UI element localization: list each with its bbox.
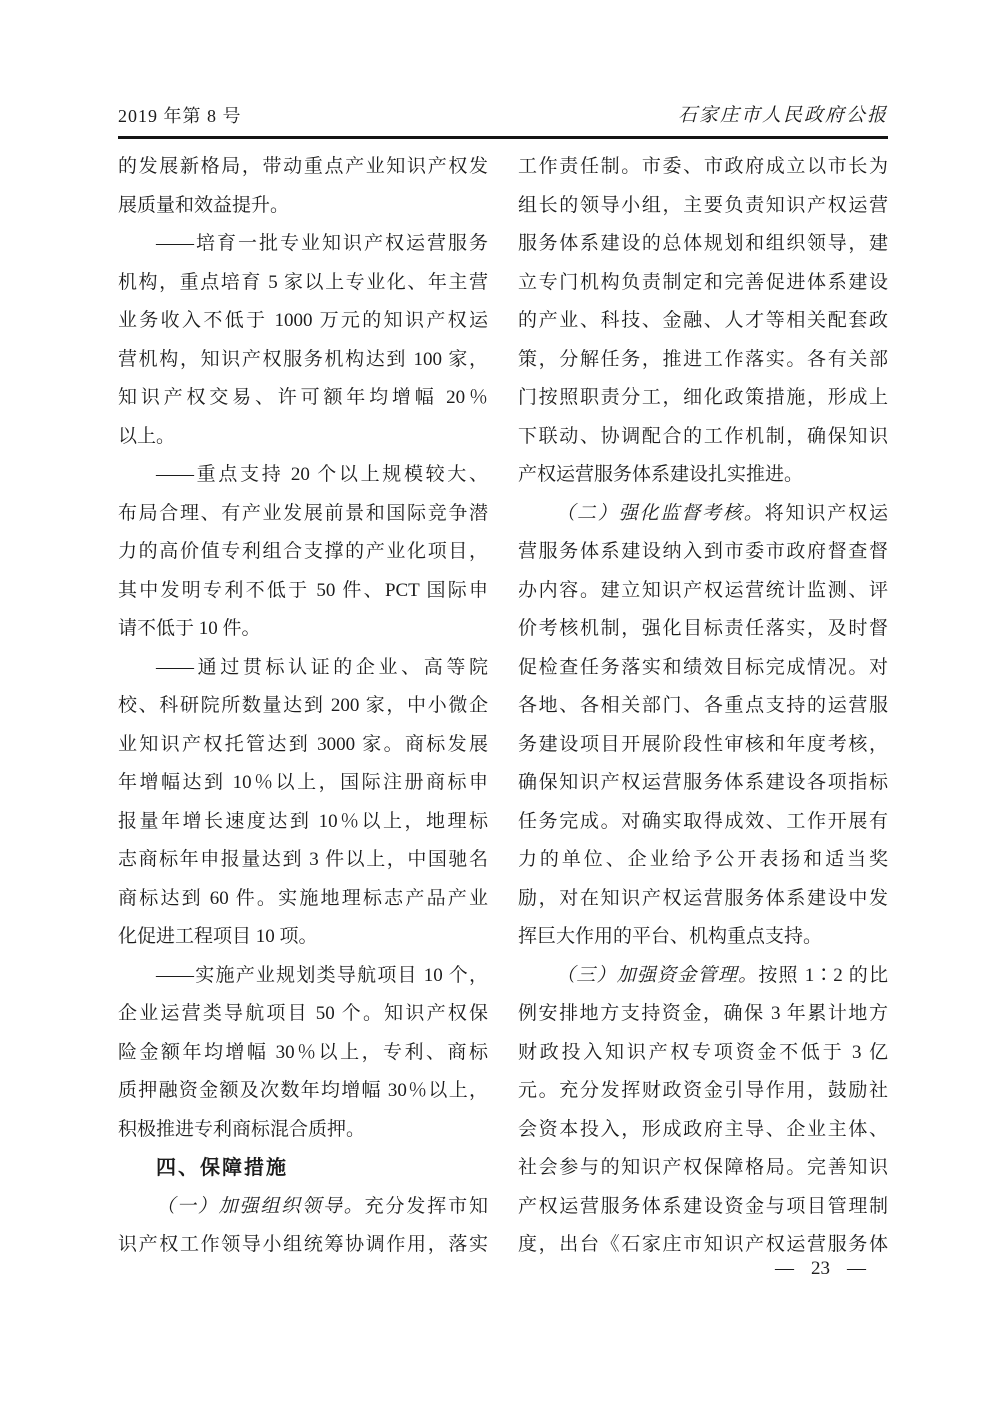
line-text: 财政投入知识产权专项资金不低于 3 亿 [518, 1042, 888, 1063]
line-text: 办内容。建立知识产权运营统计监测、评 [518, 580, 888, 601]
text-line: ——重点支持 20 个以上规模较大、 [118, 456, 488, 495]
line-text: 展质量和效益提升。 [118, 195, 289, 216]
line-text: ——实施产业规划类导航项目 10 个， [156, 965, 488, 986]
text-line: 业务收入不低于 1000 万元的知识产权运 [118, 302, 488, 341]
line-text: 服务体系建设的总体规划和组织领导，建 [518, 233, 888, 254]
line-text: 工作责任制。市委、市政府成立以市长为 [518, 156, 888, 177]
text-line: 组长的领导小组，主要负责知识产权运营 [518, 187, 888, 226]
header-gazette-title: 石家庄市人民政府公报 [678, 100, 888, 127]
line-text: 四、保障措施 [156, 1157, 288, 1179]
text-line: 挥巨大作用的平台、机构重点支持。 [518, 918, 888, 957]
text-line: 积极推进专利商标混合质押。 [118, 1111, 488, 1150]
text-line: 务建设项目开展阶段性审核和年度考核， [518, 726, 888, 765]
line-text: 各地、各相关部门、各重点支持的运营服 [518, 695, 888, 716]
text-line: 报量年增长速度达到 10％以上，地理标 [118, 803, 488, 842]
text-line: 展质量和效益提升。 [118, 187, 488, 226]
clause-heading: （三）加强资金管理。 [556, 965, 758, 986]
line-text: 报量年增长速度达到 10％以上，地理标 [118, 811, 488, 832]
line-text: 年增幅达到 10％以上，国际注册商标申 [118, 772, 488, 793]
line-text: 充分发挥市知 [365, 1196, 488, 1217]
line-text: 企业运营类导航项目 50 个。知识产权保 [118, 1003, 488, 1024]
line-text: 策，分解任务，推进工作落实。各有关部 [518, 349, 888, 370]
text-line: ——通过贯标认证的企业、高等院 [118, 649, 488, 688]
line-text: 例安排地方支持资金，确保 3 年累计地方 [518, 1003, 888, 1024]
page: 2019 年第 8 号 石家庄市人民政府公报 的发展新格局，带动重点产业知识产权… [0, 0, 1000, 1414]
text-line: 产权运营服务体系建设扎实推进。 [518, 456, 888, 495]
text-line: （一）加强组织领导。充分发挥市知 [118, 1188, 488, 1227]
text-line: 例安排地方支持资金，确保 3 年累计地方 [518, 995, 888, 1034]
text-line: 策，分解任务，推进工作落实。各有关部 [518, 341, 888, 380]
line-text: 任务完成。对确实取得成效、工作开展有 [518, 811, 888, 832]
line-text: ——重点支持 20 个以上规模较大、 [156, 464, 488, 485]
text-line: （二）强化监督考核。将知识产权运 [518, 495, 888, 534]
text-line: 校、科研院所数量达到 200 家，中小微企 [118, 687, 488, 726]
text-line: （三）加强资金管理。按照 1∶2 的比 [518, 957, 888, 996]
header-rule [118, 136, 888, 139]
text-line: 会资本投入，形成政府主导、企业主体、 [518, 1111, 888, 1150]
line-text: ——通过贯标认证的企业、高等院 [156, 657, 488, 678]
line-text: 商标达到 60 件。实施地理标志产品产业 [118, 888, 488, 909]
page-number-dash-left: — [775, 1258, 794, 1280]
text-line: ——实施产业规划类导航项目 10 个， [118, 957, 488, 996]
line-text: 营服务体系建设纳入到市委市政府督查督 [518, 541, 888, 562]
text-line: 励，对在知识产权运营服务体系建设中发 [518, 880, 888, 919]
text-line: 社会参与的知识产权保障格局。完善知识 [518, 1149, 888, 1188]
line-text: 务建设项目开展阶段性审核和年度考核， [518, 734, 888, 755]
text-line: 企业运营类导航项目 50 个。知识产权保 [118, 995, 488, 1034]
line-text: 险金额年均增幅 30％以上，专利、商标 [118, 1042, 488, 1063]
line-text: 营机构，知识产权服务机构达到 100 家， [118, 349, 488, 370]
line-text: 按照 1∶2 的比 [758, 965, 888, 986]
text-line: 财政投入知识产权专项资金不低于 3 亿 [518, 1034, 888, 1073]
text-line: 知识产权交易、许可额年均增幅 20％ [118, 379, 488, 418]
text-line: 的发展新格局，带动重点产业知识产权发 [118, 148, 488, 187]
line-text: 会资本投入，形成政府主导、企业主体、 [518, 1119, 888, 1140]
left-column: 的发展新格局，带动重点产业知识产权发 展质量和效益提升。 ——培育一批专业知识产… [118, 148, 488, 1265]
line-text: 社会参与的知识产权保障格局。完善知识 [518, 1157, 888, 1178]
line-text: 化促进工程项目 10 项。 [118, 926, 318, 947]
line-text: 志商标年申报量达到 3 件以上，中国驰名 [118, 849, 488, 870]
line-text: 请不低于 10 件。 [118, 618, 261, 639]
line-text: 质押融资金额及次数年均增幅 30％以上， [118, 1080, 488, 1101]
line-text: 元。充分发挥财政资金引导作用，鼓励社 [518, 1080, 888, 1101]
line-text: 将知识产权运 [765, 503, 888, 524]
line-text: 知识产权交易、许可额年均增幅 20％ [118, 387, 488, 408]
page-number-dash-right: — [847, 1258, 866, 1280]
text-line: 其中发明专利不低于 50 件、PCT 国际申 [118, 572, 488, 611]
text-line: 请不低于 10 件。 [118, 610, 488, 649]
text-line: 营服务体系建设纳入到市委市政府督查督 [518, 533, 888, 572]
line-text: 组长的领导小组，主要负责知识产权运营 [518, 195, 888, 216]
text-line: 四、保障措施 [118, 1149, 488, 1188]
right-column: 工作责任制。市委、市政府成立以市长为 组长的领导小组，主要负责知识产权运营 服务… [518, 148, 888, 1265]
line-text: 励，对在知识产权运营服务体系建设中发 [518, 888, 888, 909]
text-line: 化促进工程项目 10 项。 [118, 918, 488, 957]
text-line: 元。充分发挥财政资金引导作用，鼓励社 [518, 1072, 888, 1111]
line-text: 力的单位、企业给予公开表扬和适当奖 [518, 849, 888, 870]
text-line: 服务体系建设的总体规划和组织领导，建 [518, 225, 888, 264]
text-line: 年增幅达到 10％以上，国际注册商标申 [118, 764, 488, 803]
text-line: 立专门机构负责制定和完善促进体系建设 [518, 264, 888, 303]
line-text: 力的高价值专利组合支撑的产业化项目， [118, 541, 488, 562]
header-issue-label: 2019 年第 8 号 [118, 102, 242, 128]
text-line: 业知识产权托管达到 3000 家。商标发展 [118, 726, 488, 765]
line-text: ——培育一批专业知识产权运营服务 [156, 233, 488, 254]
text-line: 办内容。建立知识产权运营统计监测、评 [518, 572, 888, 611]
text-line: 各地、各相关部门、各重点支持的运营服 [518, 687, 888, 726]
line-text: 机构，重点培育 5 家以上专业化、年主营 [118, 272, 488, 293]
text-line: 机构，重点培育 5 家以上专业化、年主营 [118, 264, 488, 303]
line-text: 业务收入不低于 1000 万元的知识产权运 [118, 310, 488, 331]
text-line: 识产权工作领导小组统筹协调作用，落实 [118, 1226, 488, 1265]
line-text: 挥巨大作用的平台、机构重点支持。 [518, 926, 822, 947]
text-line: 下联动、协调配合的工作机制，确保知识 [518, 418, 888, 457]
clause-heading: （二）强化监督考核。 [556, 503, 765, 524]
line-text: 业知识产权托管达到 3000 家。商标发展 [118, 734, 488, 755]
text-line: 门按照职责分工，细化政策措施，形成上 [518, 379, 888, 418]
line-text: 下联动、协调配合的工作机制，确保知识 [518, 426, 888, 447]
line-text: 促检查任务落实和绩效目标完成情况。对 [518, 657, 888, 678]
line-text: 的发展新格局，带动重点产业知识产权发 [118, 156, 488, 177]
text-line: ——培育一批专业知识产权运营服务 [118, 225, 488, 264]
text-line: 布局合理、有产业发展前景和国际竞争潜 [118, 495, 488, 534]
clause-heading: （一）加强组织领导。 [156, 1196, 365, 1217]
text-line: 产权运营服务体系建设资金与项目管理制 [518, 1188, 888, 1227]
text-line: 营机构，知识产权服务机构达到 100 家， [118, 341, 488, 380]
line-text: 价考核机制，强化目标责任落实，及时督 [518, 618, 888, 639]
line-text: 产权运营服务体系建设资金与项目管理制 [518, 1196, 888, 1217]
line-text: 度，出台《石家庄市知识产权运营服务体 [518, 1234, 888, 1255]
text-line: 险金额年均增幅 30％以上，专利、商标 [118, 1034, 488, 1073]
line-text: 识产权工作领导小组统筹协调作用，落实 [118, 1234, 488, 1255]
text-line: 商标达到 60 件。实施地理标志产品产业 [118, 880, 488, 919]
line-text: 校、科研院所数量达到 200 家，中小微企 [118, 695, 488, 716]
text-line: 确保知识产权运营服务体系建设各项指标 [518, 764, 888, 803]
line-text: 门按照职责分工，细化政策措施，形成上 [518, 387, 888, 408]
line-text: 积极推进专利商标混合质押。 [118, 1119, 365, 1140]
page-number-value: 23 [811, 1258, 830, 1280]
text-line: 志商标年申报量达到 3 件以上，中国驰名 [118, 841, 488, 880]
line-text: 布局合理、有产业发展前景和国际竞争潜 [118, 503, 488, 524]
page-number: — 23 — [775, 1258, 866, 1280]
text-line: 促检查任务落实和绩效目标完成情况。对 [518, 649, 888, 688]
line-text: 产权运营服务体系建设扎实推进。 [518, 464, 803, 485]
text-line: 以上。 [118, 418, 488, 457]
text-line: 任务完成。对确实取得成效、工作开展有 [518, 803, 888, 842]
text-line: 工作责任制。市委、市政府成立以市长为 [518, 148, 888, 187]
text-line: 力的高价值专利组合支撑的产业化项目， [118, 533, 488, 572]
text-line: 的产业、科技、金融、人才等相关配套政 [518, 302, 888, 341]
line-text: 确保知识产权运营服务体系建设各项指标 [518, 772, 888, 793]
text-line: 力的单位、企业给予公开表扬和适当奖 [518, 841, 888, 880]
line-text: 其中发明专利不低于 50 件、PCT 国际申 [118, 580, 488, 601]
line-text: 的产业、科技、金融、人才等相关配套政 [518, 310, 888, 331]
line-text: 立专门机构负责制定和完善促进体系建设 [518, 272, 888, 293]
line-text: 以上。 [118, 426, 175, 447]
text-line: 质押融资金额及次数年均增幅 30％以上， [118, 1072, 488, 1111]
text-line: 价考核机制，强化目标责任落实，及时督 [518, 610, 888, 649]
